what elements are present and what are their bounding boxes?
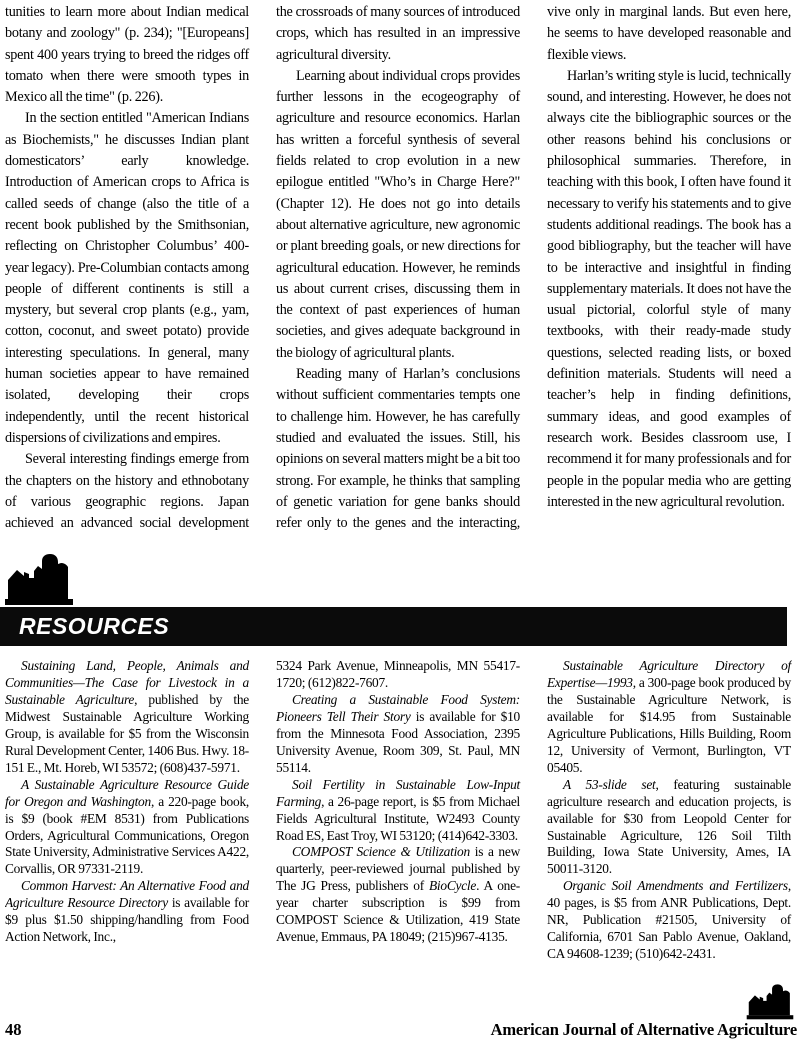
resources-header-bar: RESOURCES (0, 607, 787, 646)
text-run: tunities to learn more about Indian medi… (5, 4, 249, 105)
article-column-1: tunities to learn more about Indian medi… (5, 2, 249, 534)
paragraph: Reading many of Harlan’s conclusions wit… (276, 364, 520, 534)
paragraph: 5324 Park Avenue, Minneapolis, MN 55417-… (276, 658, 520, 692)
farm-buildings-icon (5, 552, 73, 606)
article-column-3: vive only in marginal lands. But even he… (547, 2, 791, 534)
text-run: Learning about individual crops provides… (276, 68, 520, 361)
resources-column-3: Sustainable Agriculture Directory of Exp… (547, 658, 791, 1010)
paragraph: A Sustainable Agriculture Resource Guide… (5, 777, 249, 879)
resources-section-title: RESOURCES (0, 613, 169, 640)
text-run: In the section entitled "American Indian… (5, 110, 249, 445)
paragraph: tunities to learn more about Indian medi… (5, 2, 249, 108)
paragraph: Harlan’s writing style is lucid, technic… (547, 66, 791, 513)
text-run: 5324 Park Avenue, Minneapolis, MN 55417-… (276, 658, 520, 690)
journal-title: American Journal of Alternative Agricult… (491, 1020, 797, 1040)
paragraph: Subodh Jain, Professor, Department of Ag… (547, 532, 791, 534)
paragraph: Common Harvest: An Alternative Food and … (5, 878, 249, 946)
italic-text-run: BioCycle (429, 878, 476, 893)
paragraph: Sustainable Agriculture Directory of Exp… (547, 658, 791, 777)
italic-text-run: COMPOST Science & Utilization (292, 844, 470, 859)
paragraph: COMPOST Science & Utilization is a new q… (276, 844, 520, 946)
text-run: the crossroads of many sources of introd… (276, 4, 520, 63)
farm-buildings-icon (744, 983, 796, 1020)
resources-section: Sustaining Land, People, Animals and Com… (5, 658, 792, 1010)
text-run: Reading many of Harlan’s conclusions wit… (276, 366, 520, 534)
paragraph: vive only in marginal lands. But even he… (547, 2, 791, 66)
article-column-2: the crossroads of many sources of introd… (276, 2, 520, 534)
italic-text-run: Organic Soil Amendments and Fertilizers (563, 878, 788, 893)
paragraph: Learning about individual crops provides… (276, 66, 520, 364)
resources-column-1: Sustaining Land, People, Animals and Com… (5, 658, 249, 1010)
page: tunities to learn more about Indian medi… (0, 0, 800, 1043)
article-section: tunities to learn more about Indian medi… (5, 2, 792, 534)
paragraph: the crossroads of many sources of introd… (276, 2, 520, 66)
paragraph: Creating a Sustainable Food System: Pion… (276, 692, 520, 777)
paragraph: A 53-slide set, featuring sustainable ag… (547, 777, 791, 879)
text-run: Harlan’s writing style is lucid, technic… (547, 68, 791, 510)
paragraph: Sustaining Land, People, Animals and Com… (5, 658, 249, 777)
resources-column-2: 5324 Park Avenue, Minneapolis, MN 55417-… (276, 658, 520, 1010)
page-number: 48 (5, 1020, 22, 1040)
italic-text-run: A 53-slide set (563, 777, 656, 792)
paragraph: Soil Fertility in Sustainable Low-Input … (276, 777, 520, 845)
paragraph: Organic Soil Amendments and Fertilizers,… (547, 878, 791, 963)
paragraph: In the section entitled "American Indian… (5, 108, 249, 449)
text-run: vive only in marginal lands. But even he… (547, 4, 791, 63)
paragraph: Several interesting findings emerge from… (5, 449, 249, 534)
text-run: Several interesting findings emerge from… (5, 451, 249, 534)
